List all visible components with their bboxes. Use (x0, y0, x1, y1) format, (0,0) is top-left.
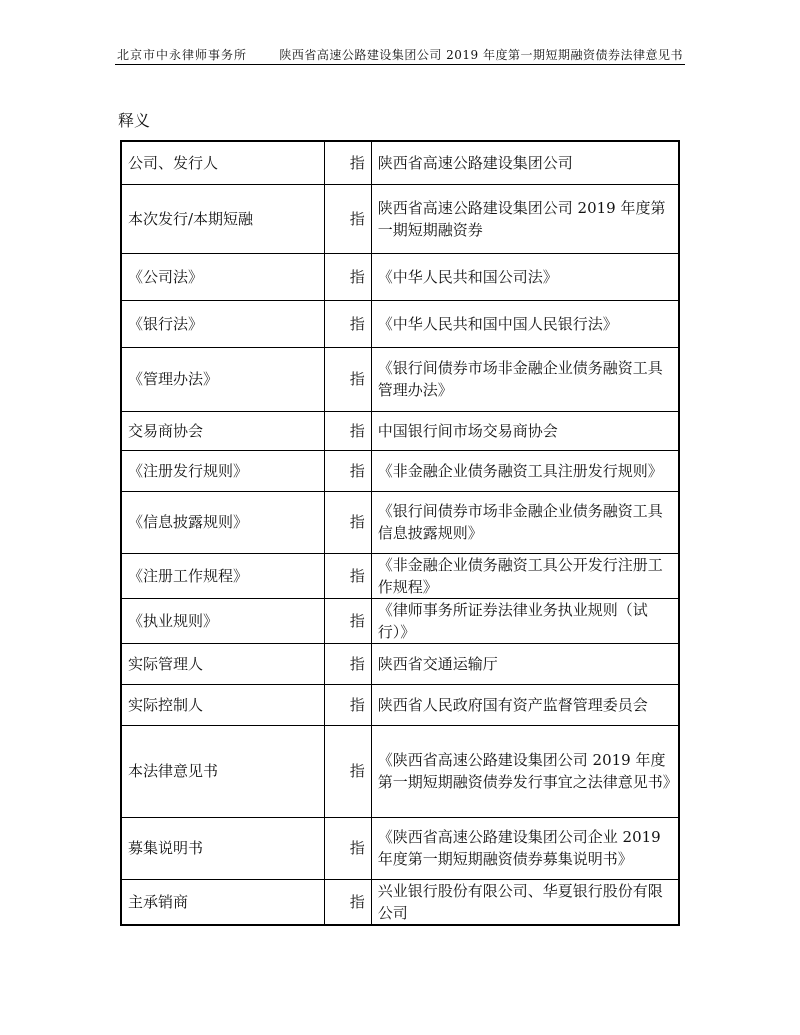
definition-row: 本次发行/本期短融指陕西省高速公路建设集团公司 2019 年度第一期短期融资券 (121, 184, 679, 253)
definition-means: 指 (324, 141, 371, 184)
header-document-title: 陕西省高速公路建设集团公司 2019 年度第一期短期融资债券法律意见书 (279, 46, 683, 63)
definition-row: 公司、发行人指陕西省高速公路建设集团公司 (121, 141, 679, 184)
definition-row: 《管理办法》指《银行间债券市场非金融企业债务融资工具管理办法》 (121, 347, 679, 411)
definition-text: 陕西省人民政府国有资产监督管理委员会 (371, 684, 679, 725)
definition-means: 指 (324, 253, 371, 300)
definition-text: 陕西省交通运输厅 (371, 643, 679, 684)
definition-row: 《银行法》指《中华人民共和国中国人民银行法》 (121, 300, 679, 347)
definition-means: 指 (324, 491, 371, 553)
definition-text: 《非金融企业债务融资工具公开发行注册工作规程》 (371, 553, 679, 598)
definition-means: 指 (324, 450, 371, 491)
definitions-table: 公司、发行人指陕西省高速公路建设集团公司本次发行/本期短融指陕西省高速公路建设集… (120, 140, 680, 926)
definition-term: 《公司法》 (121, 253, 324, 300)
definition-means: 指 (324, 598, 371, 643)
definition-row: 主承销商指兴业银行股份有限公司、华夏银行股份有限公司 (121, 879, 679, 925)
page-header: 北京市中永律师事务所 陕西省高速公路建设集团公司 2019 年度第一期短期融资债… (115, 44, 685, 65)
definition-text: 《非金融企业债务融资工具注册发行规则》 (371, 450, 679, 491)
definition-term: 《银行法》 (121, 300, 324, 347)
definition-row: 交易商协会指中国银行间市场交易商协会 (121, 411, 679, 450)
definition-term: 《注册工作规程》 (121, 553, 324, 598)
definition-text: 《中华人民共和国公司法》 (371, 253, 679, 300)
definition-text: 《陕西省高速公路建设集团公司企业 2019 年度第一期短期融资债券募集说明书》 (371, 817, 679, 879)
definition-term: 实际管理人 (121, 643, 324, 684)
header-firm-name: 北京市中永律师事务所 (117, 46, 247, 63)
definition-means: 指 (324, 347, 371, 411)
definition-text: 陕西省高速公路建设集团公司 2019 年度第一期短期融资券 (371, 184, 679, 253)
definition-row: 《公司法》指《中华人民共和国公司法》 (121, 253, 679, 300)
definition-text: 兴业银行股份有限公司、华夏银行股份有限公司 (371, 879, 679, 925)
definition-means: 指 (324, 643, 371, 684)
definition-row: 实际控制人指陕西省人民政府国有资产监督管理委员会 (121, 684, 679, 725)
definition-row: 实际管理人指陕西省交通运输厅 (121, 643, 679, 684)
definition-term: 《管理办法》 (121, 347, 324, 411)
definition-term: 募集说明书 (121, 817, 324, 879)
definition-row: 《信息披露规则》指《银行间债券市场非金融企业债务融资工具信息披露规则》 (121, 491, 679, 553)
definition-term: 《执业规则》 (121, 598, 324, 643)
definition-text: 陕西省高速公路建设集团公司 (371, 141, 679, 184)
definition-means: 指 (324, 725, 371, 817)
definition-term: 本法律意见书 (121, 725, 324, 817)
definition-term: 《信息披露规则》 (121, 491, 324, 553)
definition-means: 指 (324, 879, 371, 925)
definition-text: 《银行间债券市场非金融企业债务融资工具管理办法》 (371, 347, 679, 411)
section-title: 释义 (118, 108, 150, 131)
definition-row: 《注册发行规则》指《非金融企业债务融资工具注册发行规则》 (121, 450, 679, 491)
definition-means: 指 (324, 411, 371, 450)
definition-text: 《银行间债券市场非金融企业债务融资工具信息披露规则》 (371, 491, 679, 553)
definition-text: 《陕西省高速公路建设集团公司 2019 年度第一期短期融资债券发行事宜之法律意见… (371, 725, 679, 817)
definition-row: 募集说明书指《陕西省高速公路建设集团公司企业 2019 年度第一期短期融资债券募… (121, 817, 679, 879)
definition-means: 指 (324, 684, 371, 725)
definition-text: 《律师事务所证券法律业务执业规则（试行）》 (371, 598, 679, 643)
definition-term: 公司、发行人 (121, 141, 324, 184)
definition-term: 主承销商 (121, 879, 324, 925)
definition-text: 《中华人民共和国中国人民银行法》 (371, 300, 679, 347)
definition-means: 指 (324, 553, 371, 598)
definition-row: 本法律意见书指《陕西省高速公路建设集团公司 2019 年度第一期短期融资债券发行… (121, 725, 679, 817)
definition-row: 《执业规则》指《律师事务所证券法律业务执业规则（试行）》 (121, 598, 679, 643)
definition-term: 本次发行/本期短融 (121, 184, 324, 253)
definition-means: 指 (324, 817, 371, 879)
definition-term: 《注册发行规则》 (121, 450, 324, 491)
definition-text: 中国银行间市场交易商协会 (371, 411, 679, 450)
definition-term: 实际控制人 (121, 684, 324, 725)
definition-term: 交易商协会 (121, 411, 324, 450)
definition-means: 指 (324, 184, 371, 253)
definition-row: 《注册工作规程》指《非金融企业债务融资工具公开发行注册工作规程》 (121, 553, 679, 598)
definition-means: 指 (324, 300, 371, 347)
